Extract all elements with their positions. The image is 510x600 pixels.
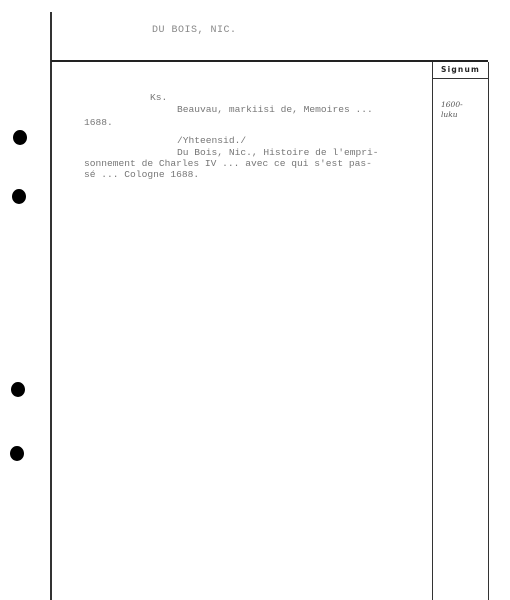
signum-label: Signum xyxy=(433,62,488,79)
text-line-sonnement: sonnement de Charles IV ... avec ce qui … xyxy=(84,158,372,169)
catalog-card: DU BOIS, NIC. Signum 1600- luku Ks. Beau… xyxy=(0,0,510,600)
signum-column: Signum 1600- luku xyxy=(432,62,489,600)
text-line-ks: Ks. xyxy=(150,92,167,103)
signum-hand-line-2: luku xyxy=(441,110,463,120)
signum-hand-line-1: 1600- xyxy=(441,100,463,110)
text-line-beauvau: Beauvau, markiisi de, Memoires ... xyxy=(177,104,373,115)
left-margin-line xyxy=(50,12,52,600)
punch-hole-icon xyxy=(11,382,25,397)
text-line-year: 1688. xyxy=(84,117,113,128)
card-heading: DU BOIS, NIC. xyxy=(152,25,237,36)
text-line-yhteensid: /Yhteensid./ xyxy=(177,135,246,146)
text-line-dubois: Du Bois, Nic., Histoire de l'empri- xyxy=(177,147,379,158)
punch-hole-icon xyxy=(12,189,26,204)
header-divider-line xyxy=(51,60,488,62)
punch-hole-icon xyxy=(13,130,27,145)
punch-hole-icon xyxy=(10,446,24,461)
text-line-cologne: sé ... Cologne 1688. xyxy=(84,169,199,180)
signum-handwritten-note: 1600- luku xyxy=(441,100,463,120)
